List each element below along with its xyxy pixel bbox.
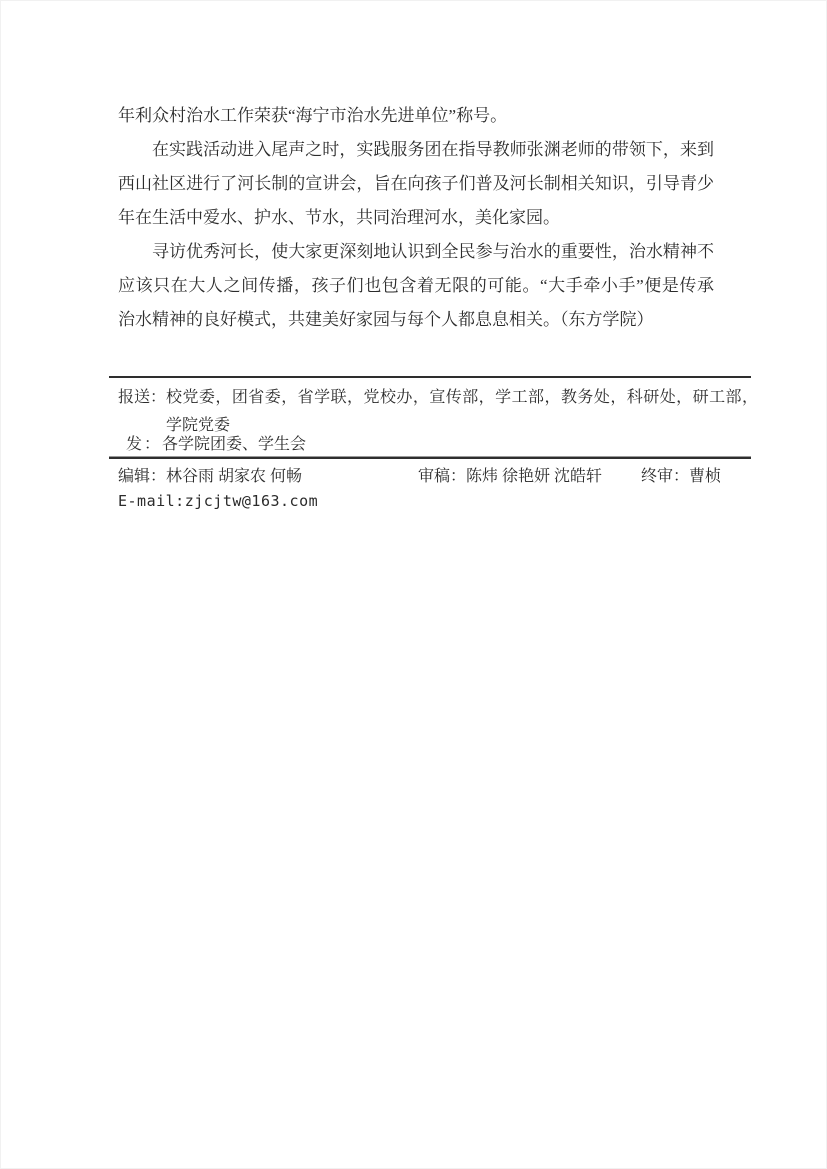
article-body: 年利众村治水工作荣获“海宁市治水先进单位”称号。 在实践活动进入尾声之时，实践服… xyxy=(118,99,714,337)
distribute-label: 发： xyxy=(126,436,162,453)
editor-names: 林谷雨 胡家农 何畅 xyxy=(166,468,302,485)
editors-row: 编辑：林谷雨 胡家农 何畅 审稿：陈炜 徐艳妍 沈皓轩 终审：曹桢 xyxy=(118,466,758,488)
footer-divider-bottom xyxy=(109,457,751,459)
report-distribution-row: 报送： 校党委，团省委，省学联，党校办，宣传部，学工部，教务处，科研处，研工部，… xyxy=(118,384,758,439)
reviewer-names: 陈炜 徐艳妍 沈皓轩 xyxy=(466,468,602,485)
final-review-segment: 终审：曹桢 xyxy=(641,466,721,488)
final-review-label: 终审： xyxy=(641,468,689,485)
footer-divider-top xyxy=(109,376,751,378)
editor-label: 编辑： xyxy=(118,468,166,485)
scanned-document-page: 年利众村治水工作荣获“海宁市治水先进单位”称号。 在实践活动进入尾声之时，实践服… xyxy=(0,0,827,1169)
report-label: 报送： xyxy=(118,384,166,439)
distribute-row: 发：各学院团委、学生会 xyxy=(126,434,306,456)
article-line: 年利众村治水工作荣获“海宁市治水先进单位”称号。 xyxy=(118,99,714,133)
article-line: 在实践活动进入尾声之时，实践服务团在指导教师张渊老师的带领下，来到 xyxy=(118,133,714,167)
article-line: 应该只在大人之间传播，孩子们也包含着无限的可能。“大手牵小手”便是传承 xyxy=(118,269,714,303)
distribute-recipients: 各学院团委、学生会 xyxy=(162,436,306,453)
reviewer-label: 审稿： xyxy=(418,468,466,485)
report-recipients: 校党委，团省委，省学联，党校办，宣传部，学工部，教务处，科研处，研工部，学院党委 xyxy=(166,384,758,439)
article-line: 寻访优秀河长，使大家更深刻地认识到全民参与治水的重要性，治水精神不 xyxy=(118,235,714,269)
article-line: 西山社区进行了河长制的宣讲会，旨在向孩子们普及河长制相关知识，引导青少 xyxy=(118,167,714,201)
contact-email: E-mail:zjcjtw@163.com xyxy=(118,491,318,511)
final-reviewer-name: 曹桢 xyxy=(689,468,721,485)
article-line: 年在生活中爱水、护水、节水，共同治理河水，美化家园。 xyxy=(118,201,714,235)
reviewer-segment: 审稿：陈炜 徐艳妍 沈皓轩 xyxy=(418,466,602,488)
article-line: 治水精神的良好模式，共建美好家园与每个人都息息相关。（东方学院） xyxy=(118,303,714,337)
editor-segment: 编辑：林谷雨 胡家农 何畅 xyxy=(118,466,302,488)
